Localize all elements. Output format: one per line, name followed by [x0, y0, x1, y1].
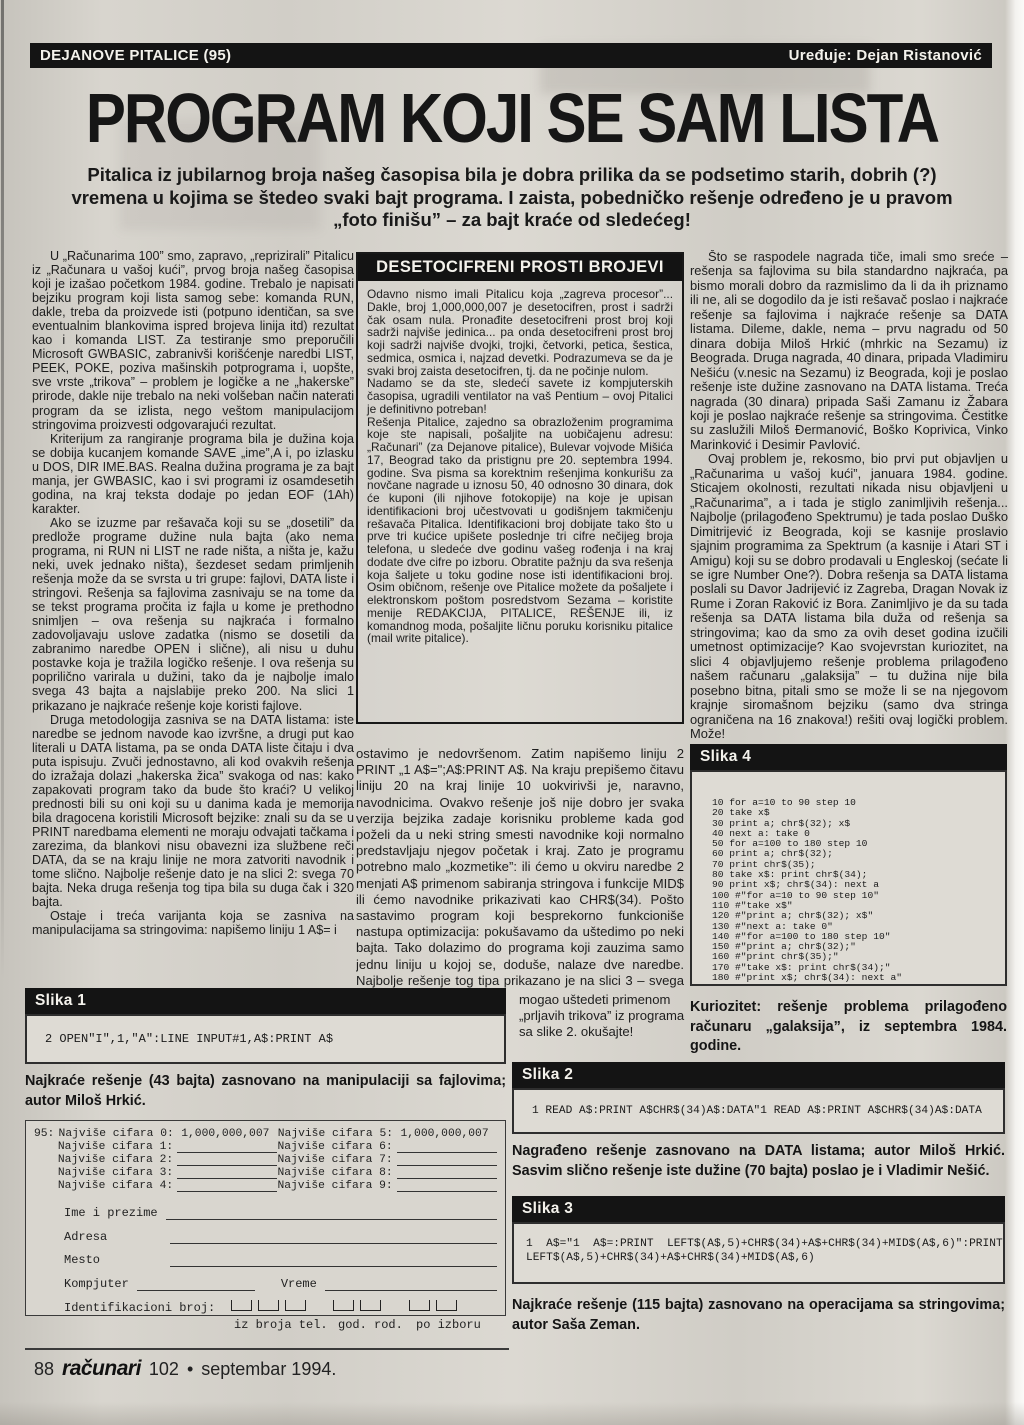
address-field-label: Adresa [64, 1230, 162, 1244]
coupon-label: Najviše cifara 8: [277, 1167, 397, 1179]
figure1-header-bar: Slika 1 [25, 988, 506, 1014]
id-group-label: iz broja tel. [234, 1318, 338, 1332]
time-field-line [325, 1278, 497, 1291]
article-title: PROGRAM KOJI SE SAM LISTA [12, 78, 1012, 158]
coupon-field-row: Kompjuter Vreme [34, 1277, 497, 1291]
blank-line [177, 1155, 277, 1166]
coupon-row: Najviše cifara 2: Najviše cifara 7: [34, 1154, 497, 1166]
figure1-caption: Najkraće rešenje (43 bajta) zasnovano na… [25, 1072, 506, 1111]
body-column-3: Što se raspodele nagrada tiče, imali smo… [690, 250, 1008, 746]
paragraph: Kriterijum za rangiranje programa bila j… [32, 432, 354, 516]
id-group-label: god. rod. [338, 1318, 416, 1332]
coupon-value: 1,000,000,007 [400, 1128, 497, 1140]
footer-rule [25, 1348, 509, 1350]
coupon-row: Najviše cifara 4: Najviše cifara 9: [34, 1180, 497, 1192]
paragraph: ostavimo je nedovršenom. Zatim napišemo … [356, 746, 684, 989]
article-lead-line: „foto finišu” – za bajt kraće od sledeće… [30, 209, 994, 232]
figure3-code-listing: 1 A$="1 A$=:PRINT LEFT$(A$,5)+CHR$(34)+A… [512, 1222, 1005, 1284]
coupon-number: 95: [34, 1128, 59, 1140]
coupon-label: Najviše cifara 0: [59, 1128, 182, 1140]
computer-field-line [137, 1278, 255, 1291]
body-column-2-continuation: ostavimo je nedovršenom. Zatim napišemo … [356, 746, 684, 989]
time-field-label: Vreme [281, 1277, 317, 1291]
figure3-caption: Najkraće rešenje (115 bajta) zasnovano n… [512, 1296, 1005, 1335]
coupon-label: Najviše cifara 9: [277, 1180, 397, 1192]
id-boxes-birthyear [333, 1300, 387, 1315]
name-field-label: Ime i prezime [64, 1206, 158, 1220]
coupon-label: Najviše cifara 3: [58, 1167, 178, 1179]
blank-line [177, 1168, 277, 1179]
figure2-label: Slika 2 [522, 1066, 573, 1084]
id-group-label: po izboru [416, 1318, 481, 1332]
paragraph: Ako se izuzme par rešavača koji su se „d… [32, 516, 354, 713]
id-boxes-choice [409, 1300, 463, 1315]
figure3-header-bar: Slika 3 [512, 1196, 1005, 1222]
article-lead-line: vremena u kojima se štedeo svaki bajt pr… [30, 187, 994, 210]
article-lead: Pitalica iz jubilarnog broja našeg časop… [30, 164, 994, 232]
blank-line [397, 1142, 497, 1153]
paragraph: Nadamo se da ste, sledeći savete iz komp… [367, 377, 673, 415]
figure4-label: Slika 4 [700, 748, 751, 766]
puzzle-box-title: DESETOCIFRENI PROSTI BROJEVI [358, 254, 682, 281]
figure4-code-listing: 10 for a=10 to 90 step 10 20 take x$ 30 … [690, 770, 1007, 986]
coupon-row: 95: Najviše cifara 0: 1,000,000,007 Najv… [34, 1128, 497, 1140]
paragraph: Odavno nismo imali Pitalicu koja „zagrev… [367, 288, 673, 377]
id-field-label: Identifikacioni broj: [64, 1301, 215, 1315]
issue-date: septembar 1994. [201, 1359, 336, 1380]
puzzle-box-body: Odavno nismo imali Pitalicu koja „zagrev… [358, 281, 682, 651]
city-field-label: Mesto [64, 1253, 162, 1267]
paragraph: mogao uštedeti primenom „prljavih trikov… [519, 992, 686, 1041]
computer-field-label: Kompjuter [64, 1277, 129, 1291]
paragraph: Što se raspodele nagrada tiče, imali smo… [690, 250, 1008, 452]
paragraph: Rešenja Pitalice, zajedno sa obrazloženi… [367, 416, 673, 646]
figure2-code: 1 READ A$:PRINT A$CHR$(34)A$:DATA"1 READ… [512, 1088, 1005, 1134]
id-boxes-phone [231, 1300, 312, 1315]
section-editor: Uređuje: Dejan Ristanović [789, 47, 982, 64]
body-column-1: U „Računarima 100” smo, zapravo, „repriz… [32, 249, 354, 984]
figure1-code: 2 OPEN"I",1,"A":LINE INPUT#1,A$:PRINT A$ [25, 1014, 506, 1064]
name-field-line [166, 1207, 497, 1220]
city-field-line [170, 1254, 497, 1267]
coupon-field-row: Adresa [34, 1230, 497, 1244]
bullet-separator: • [187, 1359, 193, 1380]
paragraph: Ostaje i treća varijanta koja se zasniva… [32, 909, 354, 937]
paragraph: Ovaj problem je, rekosmo, bio prvi put o… [690, 452, 1008, 741]
coupon-field-row: Mesto [34, 1253, 497, 1267]
figure1-label: Slika 1 [35, 992, 86, 1010]
magazine-logo: računari [62, 1357, 141, 1381]
coupon-value: 1,000,000,007 [181, 1128, 278, 1140]
page-footer: 88 računari 102 • septembar 1994. [34, 1357, 336, 1381]
blank-line [397, 1168, 497, 1179]
page-left-edge-shadow [1, 0, 4, 980]
coupon-label: Najviše cifara 1: [58, 1141, 178, 1153]
coupon-label: Najviše cifara 4: [58, 1180, 178, 1192]
page-number: 88 [34, 1359, 54, 1380]
solution-coupon: 95: Najviše cifara 0: 1,000,000,007 Najv… [25, 1120, 506, 1316]
puzzle-box: DESETOCIFRENI PROSTI BROJEVI Odavno nism… [356, 252, 684, 724]
address-field-line [170, 1231, 497, 1244]
blank-line [177, 1181, 277, 1192]
figure2-header-bar: Slika 2 [512, 1062, 1005, 1088]
figure3-label: Slika 3 [522, 1200, 573, 1218]
section-header-bar: DEJANOVE PITALICE (95) Uređuje: Dejan Ri… [30, 43, 992, 68]
id-group-labels: iz broja tel. god. rod. po izboru [34, 1318, 497, 1332]
paragraph: U „Računarima 100” smo, zapravo, „repriz… [32, 249, 354, 432]
article-lead-line: Pitalica iz jubilarnog broja našeg časop… [30, 164, 994, 187]
blank-line [397, 1155, 497, 1166]
body-column-2-wrap-text: mogao uštedeti primenom „prljavih trikov… [519, 992, 686, 1060]
coupon-label: Najviše cifara 2: [58, 1154, 178, 1166]
blank-line [177, 1142, 277, 1153]
coupon-label: Najviše cifara 7: [277, 1154, 397, 1166]
coupon-field-row: Ime i prezime [34, 1206, 497, 1220]
coupon-label: Najviše cifara 5: [278, 1128, 401, 1140]
page-bottom-edge [0, 1402, 1024, 1425]
coupon-label: Najviše cifara 6: [277, 1141, 397, 1153]
coupon-row: Najviše cifara 3: Najviše cifara 8: [34, 1167, 497, 1179]
paragraph: Druga metodologija zasniva se na DATA li… [32, 713, 354, 910]
coupon-row: Najviše cifara 1: Najviše cifara 6: [34, 1141, 497, 1153]
figure2-caption: Nagrađeno rešenje zasnovano na DATA list… [512, 1142, 1005, 1181]
section-title: DEJANOVE PITALICE (95) [40, 47, 231, 64]
scanned-magazine-page: { "header": { "section": "DEJANOVE PITAL… [0, 0, 1024, 1425]
blank-line [397, 1181, 497, 1192]
figure4-header-bar: Slika 4 [690, 744, 1007, 770]
coupon-id-row: Identifikacioni broj: [34, 1300, 497, 1315]
figure4-caption: Kuriozitet: rešenje problema prilagođeno… [690, 998, 1007, 1057]
issue-number: 102 [149, 1359, 179, 1380]
